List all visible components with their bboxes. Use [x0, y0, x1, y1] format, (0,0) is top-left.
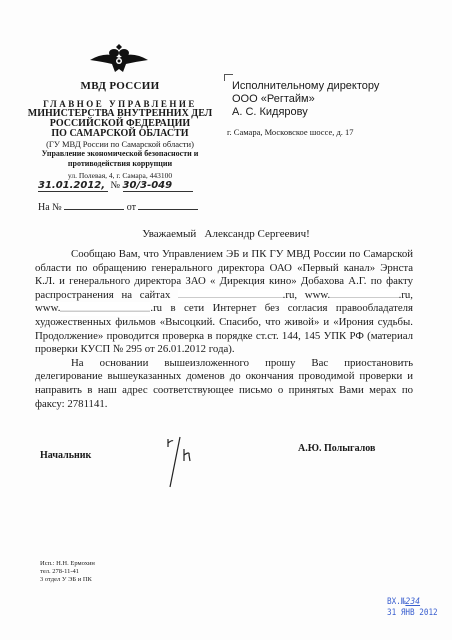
stamp-label: ВХ.№ — [387, 597, 405, 607]
incoming-date-blank — [138, 199, 198, 210]
redacted-domain: xxxxxx — [330, 289, 398, 303]
outgoing-date: 31.01.2012, — [38, 180, 108, 192]
org-address: ул. Полевая, 4, г. Самара, 443100 — [20, 171, 220, 180]
letter-body: Сообщаю Вам, что Управлением ЭБ и ПК ГУ … — [35, 248, 413, 411]
handwritten-signature — [160, 435, 200, 490]
incoming-stamp: ВХ.№234 31 ЯНВ 2012 — [387, 597, 438, 619]
redacted-domain: www.xxxxxxxx — [178, 289, 283, 303]
executor-block: Исп.: Н.Н. Ермохин тел. 278-11-41 3 отде… — [40, 560, 95, 584]
outgoing-reference: 31.01.2012, № 30/3-049 — [38, 180, 218, 192]
agency-name: МВД РОССИИ — [0, 80, 240, 92]
greeting: Уважаемый Александр Сергеевич! — [0, 228, 452, 240]
incoming-reference: На № от — [38, 199, 218, 213]
paragraph-2: На основании вышеизложенного прошу Вас п… — [35, 357, 413, 411]
org-line: (ГУ МВД России по Самарской области) — [20, 139, 220, 149]
incoming-from-label: от — [127, 202, 136, 213]
paragraph-1: Сообщаю Вам, что Управлением ЭБ и ПК ГУ … — [35, 248, 413, 357]
org-line: противодействия коррупции — [20, 159, 220, 169]
org-line: ПО САМАРСКОЙ ОБЛАСТИ — [20, 129, 220, 139]
signer-name: А.Ю. Полыгалов — [298, 443, 375, 454]
double-headed-eagle-emblem — [88, 42, 150, 74]
executor-phone: тел. 278-11-41 — [40, 568, 95, 576]
redacted-domain: xxxxxxxxxx — [60, 302, 150, 316]
signer-title: Начальник — [40, 450, 91, 461]
recipient-block: Исполнительному директору ООО «Регтайм» … — [232, 80, 379, 119]
outgoing-number: 30/3-049 — [123, 180, 193, 192]
recipient-address: г. Самара, Московское шоссе, д. 17 — [227, 127, 354, 137]
incoming-no-blank — [64, 199, 124, 210]
outgoing-no-label: № — [111, 180, 121, 191]
recipient-name: А. С. Кидярову — [232, 106, 379, 119]
recipient-position: Исполнительному директору — [232, 80, 379, 93]
paragraph-text: .ru, www. — [283, 289, 331, 301]
incoming-no-label: На № — [38, 202, 62, 213]
org-line: Управление экономической безопасности и — [20, 149, 220, 159]
executor-name: Исп.: Н.Н. Ермохин — [40, 560, 95, 568]
stamp-number: 234 — [405, 597, 420, 607]
organization-block: ГЛАВНОЕ УПРАВЛЕНИЕ МИНИСТЕРСТВА ВНУТРЕНН… — [20, 99, 220, 169]
executor-department: 3 отдел У ЭБ и ПК — [40, 576, 95, 584]
stamp-date: 31 ЯНВ 2012 — [387, 608, 438, 619]
recipient-company: ООО «Регтайм» — [232, 93, 379, 106]
